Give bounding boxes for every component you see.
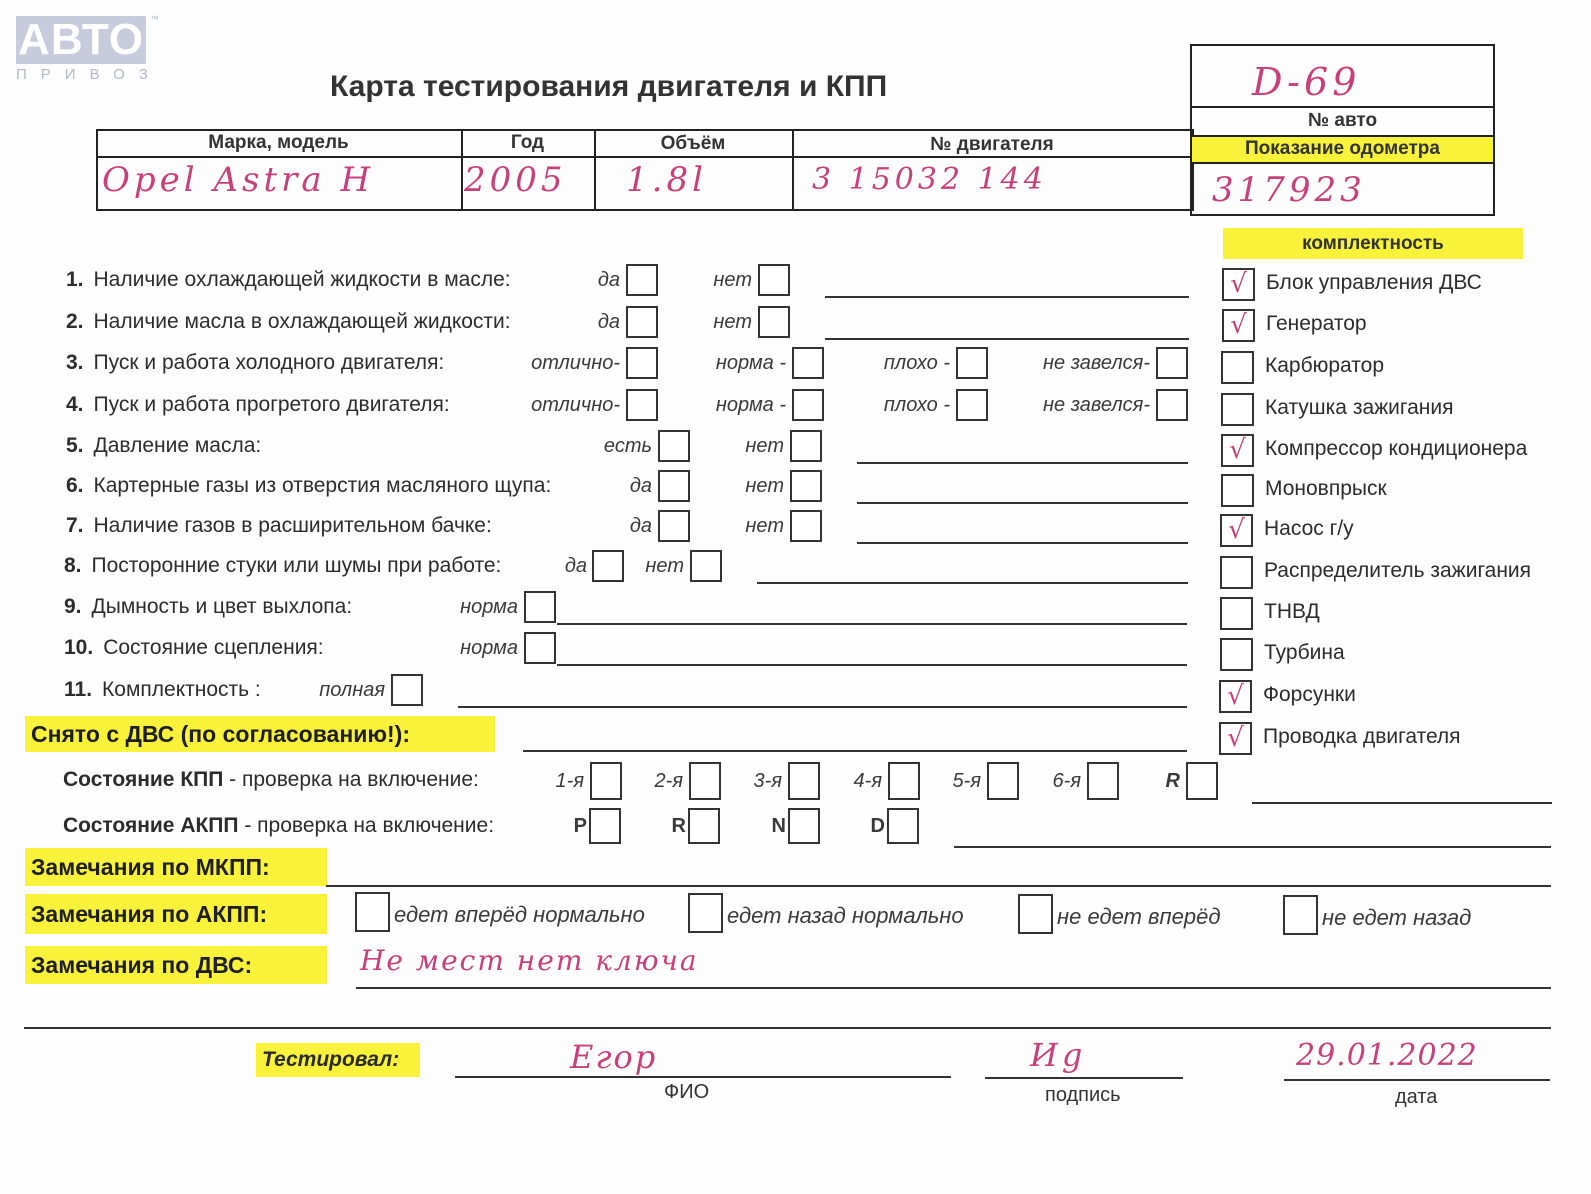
gear-checkbox[interactable] [887, 808, 919, 844]
question-6: 6.Картерные газы из отверстия масляного … [66, 474, 551, 498]
tested-label-text: Тестировал: [262, 1048, 399, 1072]
question-number: 8. [64, 554, 82, 577]
option-label: норма - [716, 352, 786, 375]
option-label: нет [745, 435, 784, 458]
option-checkbox[interactable] [524, 632, 556, 664]
value-volume[interactable]: 1.8l [626, 160, 707, 200]
signature-caption: подпись [1045, 1084, 1121, 1107]
question-number: 6. [66, 474, 84, 497]
question-text: Комплектность : [102, 678, 261, 701]
option-checkbox[interactable] [790, 470, 822, 502]
akpp-option-label: не едет назад [1322, 905, 1471, 931]
question-number: 11. [64, 678, 92, 701]
option-label: норма [460, 596, 518, 619]
gear-label: D [871, 815, 885, 838]
question-text: Наличие охлаждающей жидкости в масле: [94, 268, 511, 291]
akpp-checkbox[interactable] [688, 893, 723, 933]
kit-item-label: ТНВД [1264, 600, 1320, 624]
check-icon: √ [1229, 435, 1246, 465]
notes-line[interactable] [857, 542, 1188, 544]
question-5: 5.Давление масла: [66, 434, 261, 458]
value-car-no[interactable]: D-69 [1252, 60, 1360, 104]
option-checkbox[interactable] [956, 347, 988, 379]
question-text: Наличие газов в расширительном бачке: [94, 514, 492, 537]
option-checkbox[interactable] [792, 347, 824, 379]
question-text: Посторонние стуки или шумы при работе: [92, 554, 502, 577]
gear-label: 5-я [953, 770, 981, 793]
auto-gearbox-line[interactable] [954, 846, 1551, 848]
logo-trademark: ™ [150, 14, 159, 24]
option-checkbox[interactable] [658, 430, 690, 462]
extra-line[interactable] [24, 1027, 1551, 1029]
option-label: не завелся- [1043, 394, 1150, 417]
option-checkbox[interactable] [956, 389, 988, 421]
kit-checkbox[interactable]: √ [1221, 434, 1254, 467]
option-label: да [565, 555, 587, 578]
option-label: норма [460, 637, 518, 660]
header-car-no: № авто [1190, 110, 1495, 132]
notes-line[interactable] [458, 706, 1187, 708]
notes-line[interactable] [825, 338, 1189, 340]
akpp-checkbox[interactable] [1283, 895, 1318, 935]
check-icon: √ [1227, 723, 1244, 753]
kit-item-label: Компрессор кондиционера [1265, 437, 1527, 461]
kit-checkbox[interactable] [1220, 638, 1253, 671]
question-3: 3.Пуск и работа холодного двигателя: [66, 351, 444, 375]
gear-checkbox[interactable] [1087, 762, 1119, 800]
option-label: не завелся- [1043, 352, 1150, 375]
engine-remarks-value[interactable]: Не мест нет ключа [360, 944, 699, 977]
akpp-checkbox[interactable] [1018, 894, 1053, 934]
engine-remarks-line[interactable] [356, 987, 1551, 989]
mkpp-remarks-line[interactable] [326, 885, 1551, 887]
tested-name[interactable]: Егор [570, 1038, 657, 1076]
gear-checkbox[interactable] [788, 808, 820, 844]
gear-checkbox[interactable] [987, 762, 1019, 800]
kit-checkbox[interactable]: √ [1222, 309, 1255, 342]
option-checkbox[interactable] [1156, 347, 1188, 379]
question-8: 8.Посторонние стуки или шумы при работе: [64, 554, 501, 578]
question-4: 4.Пуск и работа прогретого двигателя: [66, 393, 450, 417]
option-checkbox[interactable] [626, 264, 658, 296]
kit-checkbox[interactable] [1221, 351, 1254, 384]
check-icon: √ [1230, 269, 1247, 299]
option-checkbox[interactable] [626, 347, 658, 379]
option-checkbox[interactable] [1156, 389, 1188, 421]
option-label: нет [745, 475, 784, 498]
header-odometer: Показание одометра [1190, 138, 1495, 160]
question-7: 7.Наличие газов в расширительном бачке: [66, 514, 492, 538]
option-label: плохо - [884, 352, 950, 375]
option-checkbox[interactable] [391, 674, 423, 706]
notes-line[interactable] [857, 502, 1188, 504]
gear-checkbox[interactable] [589, 808, 621, 844]
question-number: 5. [66, 434, 84, 457]
name-caption: ФИО [664, 1081, 709, 1104]
notes-line[interactable] [557, 623, 1187, 625]
gear-label: 3-я [754, 770, 782, 793]
kit-item-label: Моновпрыск [1265, 477, 1387, 501]
question-number: 2. [66, 310, 84, 333]
check-icon: √ [1230, 310, 1247, 340]
logo: АВТО [16, 16, 146, 64]
gear-label: 1-я [556, 770, 584, 793]
question-text: Дымность и цвет выхлопа: [92, 595, 353, 618]
gear-label: 6-я [1053, 770, 1081, 793]
question-text: Картерные газы из отверстия масляного щу… [94, 474, 552, 497]
mkpp-remarks-label: Замечания по МКПП: [25, 848, 327, 886]
akpp-checkbox[interactable] [355, 892, 390, 932]
question-9: 9.Дымность и цвет выхлопа: [64, 595, 352, 619]
kit-item-label: Турбина [1264, 641, 1345, 665]
kit-checkbox[interactable] [1220, 597, 1253, 630]
header-year: Год [461, 132, 594, 154]
question-2: 2.Наличие масла в охлаждающей жидкости: [66, 310, 511, 334]
gear-label: R [1166, 770, 1180, 793]
option-label: норма - [716, 394, 786, 417]
option-label: нет [645, 555, 684, 578]
option-label: нет [745, 515, 784, 538]
option-label: нет [713, 311, 752, 334]
signature[interactable]: Иg [1030, 1036, 1086, 1074]
option-checkbox[interactable] [524, 591, 556, 623]
kit-item-label: Насос г/у [1264, 517, 1354, 541]
header-make-model: Марка, модель [96, 132, 461, 154]
gear-checkbox[interactable] [788, 762, 820, 800]
option-checkbox[interactable] [758, 264, 790, 296]
kit-checkbox[interactable]: √ [1220, 514, 1253, 547]
question-text: Давление масла: [94, 434, 262, 457]
kit-checkbox[interactable] [1220, 556, 1253, 589]
notes-line[interactable] [825, 296, 1189, 298]
date-caption: дата [1395, 1086, 1437, 1109]
question-11: 11.Комплектность : [64, 678, 261, 702]
option-checkbox[interactable] [658, 470, 690, 502]
kit-item-label: Проводка двигателя [1263, 725, 1461, 749]
kit-checkbox[interactable] [1221, 474, 1254, 507]
option-label: отлично- [531, 394, 620, 417]
removed-label: Снято с ДВС (по согласованию!): [25, 716, 495, 752]
akpp-option-label: не едет вперёд [1057, 904, 1221, 930]
gear-checkbox[interactable] [688, 808, 720, 844]
manual-gearbox-label: Состояние КПП - проверка на включение: [63, 768, 479, 792]
option-checkbox[interactable] [790, 430, 822, 462]
kit-title: комплектность [1223, 228, 1523, 259]
question-number: 1. [66, 268, 84, 291]
gear-checkbox[interactable] [689, 762, 721, 800]
kit-checkbox[interactable] [1221, 393, 1254, 426]
option-label: отлично- [531, 352, 620, 375]
value-odometer[interactable]: 317923 [1212, 170, 1366, 210]
value-year[interactable]: 2005 [464, 160, 567, 200]
option-label: да [598, 269, 620, 292]
value-make-model[interactable]: Opel Astra H [102, 160, 374, 200]
question-1: 1.Наличие охлаждающей жидкости в масле: [66, 268, 511, 292]
kit-checkbox[interactable]: √ [1222, 268, 1255, 301]
question-number: 3. [66, 351, 84, 374]
gear-checkbox[interactable] [888, 762, 920, 800]
kit-item-label: Катушка зажигания [1265, 396, 1453, 420]
akpp-option-label: едет вперёд нормально [394, 902, 645, 928]
removed-line[interactable] [523, 750, 1187, 752]
gear-checkbox[interactable] [1186, 762, 1218, 800]
kit-item-label: Распределитель зажигания [1264, 559, 1531, 583]
signature-line[interactable] [985, 1077, 1183, 1079]
kit-checkbox[interactable]: √ [1219, 722, 1252, 755]
name-line[interactable] [455, 1076, 951, 1078]
option-label: да [630, 515, 652, 538]
question-number: 7. [66, 514, 84, 537]
option-checkbox[interactable] [792, 389, 824, 421]
gear-checkbox[interactable] [590, 762, 622, 800]
question-number: 4. [66, 393, 84, 416]
option-label: да [598, 311, 620, 334]
option-label: есть [604, 435, 652, 458]
option-checkbox[interactable] [626, 389, 658, 421]
option-label: да [630, 475, 652, 498]
option-checkbox[interactable] [626, 306, 658, 338]
kit-checkbox[interactable]: √ [1219, 680, 1252, 713]
notes-line[interactable] [757, 582, 1188, 584]
engine-remarks-label: Замечания по ДВС: [25, 946, 327, 984]
date-line[interactable] [1284, 1079, 1550, 1081]
kit-item-label: Форсунки [1263, 683, 1356, 707]
option-checkbox[interactable] [658, 510, 690, 542]
manual-gearbox-line[interactable] [1252, 802, 1552, 804]
kit-item-label: Карбюратор [1265, 354, 1384, 378]
auto-gearbox-label: Состояние АКПП - проверка на включение: [63, 814, 494, 838]
akpp-remarks-label: Замечания по АКПП: [25, 894, 327, 934]
gear-label: R [672, 815, 686, 838]
question-number: 10. [64, 636, 93, 659]
logo-subtitle: ПРИВОЗ [16, 66, 162, 83]
option-label: нет [713, 269, 752, 292]
kit-item-label: Генератор [1266, 312, 1367, 336]
question-text: Состояние сцепления: [103, 636, 323, 659]
option-checkbox[interactable] [790, 510, 822, 542]
gear-label: 2-я [655, 770, 683, 793]
gear-label: P [574, 815, 587, 838]
option-checkbox[interactable] [758, 306, 790, 338]
akpp-option-label: едет назад нормально [727, 903, 964, 929]
check-icon: √ [1227, 681, 1244, 711]
question-text: Пуск и работа прогретого двигателя: [94, 393, 450, 416]
value-engine-no[interactable]: 3 15032 144 [812, 162, 1047, 197]
notes-line[interactable] [857, 462, 1188, 464]
check-icon: √ [1228, 515, 1245, 545]
option-checkbox[interactable] [592, 550, 624, 582]
question-text: Пуск и работа холодного двигателя: [94, 351, 445, 374]
question-number: 9. [64, 595, 82, 618]
option-label: плохо - [884, 394, 950, 417]
question-text: Наличие масла в охлаждающей жидкости: [94, 310, 511, 333]
header-engine-no: № двигателя [792, 134, 1192, 156]
page-title: Карта тестирования двигателя и КПП [330, 70, 887, 104]
notes-line[interactable] [557, 664, 1187, 666]
test-date[interactable]: 29.01.2022 [1296, 1038, 1478, 1073]
option-label: полная [319, 679, 385, 702]
option-checkbox[interactable] [690, 550, 722, 582]
question-10: 10.Состояние сцепления: [64, 636, 324, 660]
kit-item-label: Блок управления ДВС [1266, 271, 1482, 295]
header-volume: Объём [594, 133, 792, 155]
gear-label: N [772, 815, 786, 838]
gear-label: 4-я [854, 770, 882, 793]
